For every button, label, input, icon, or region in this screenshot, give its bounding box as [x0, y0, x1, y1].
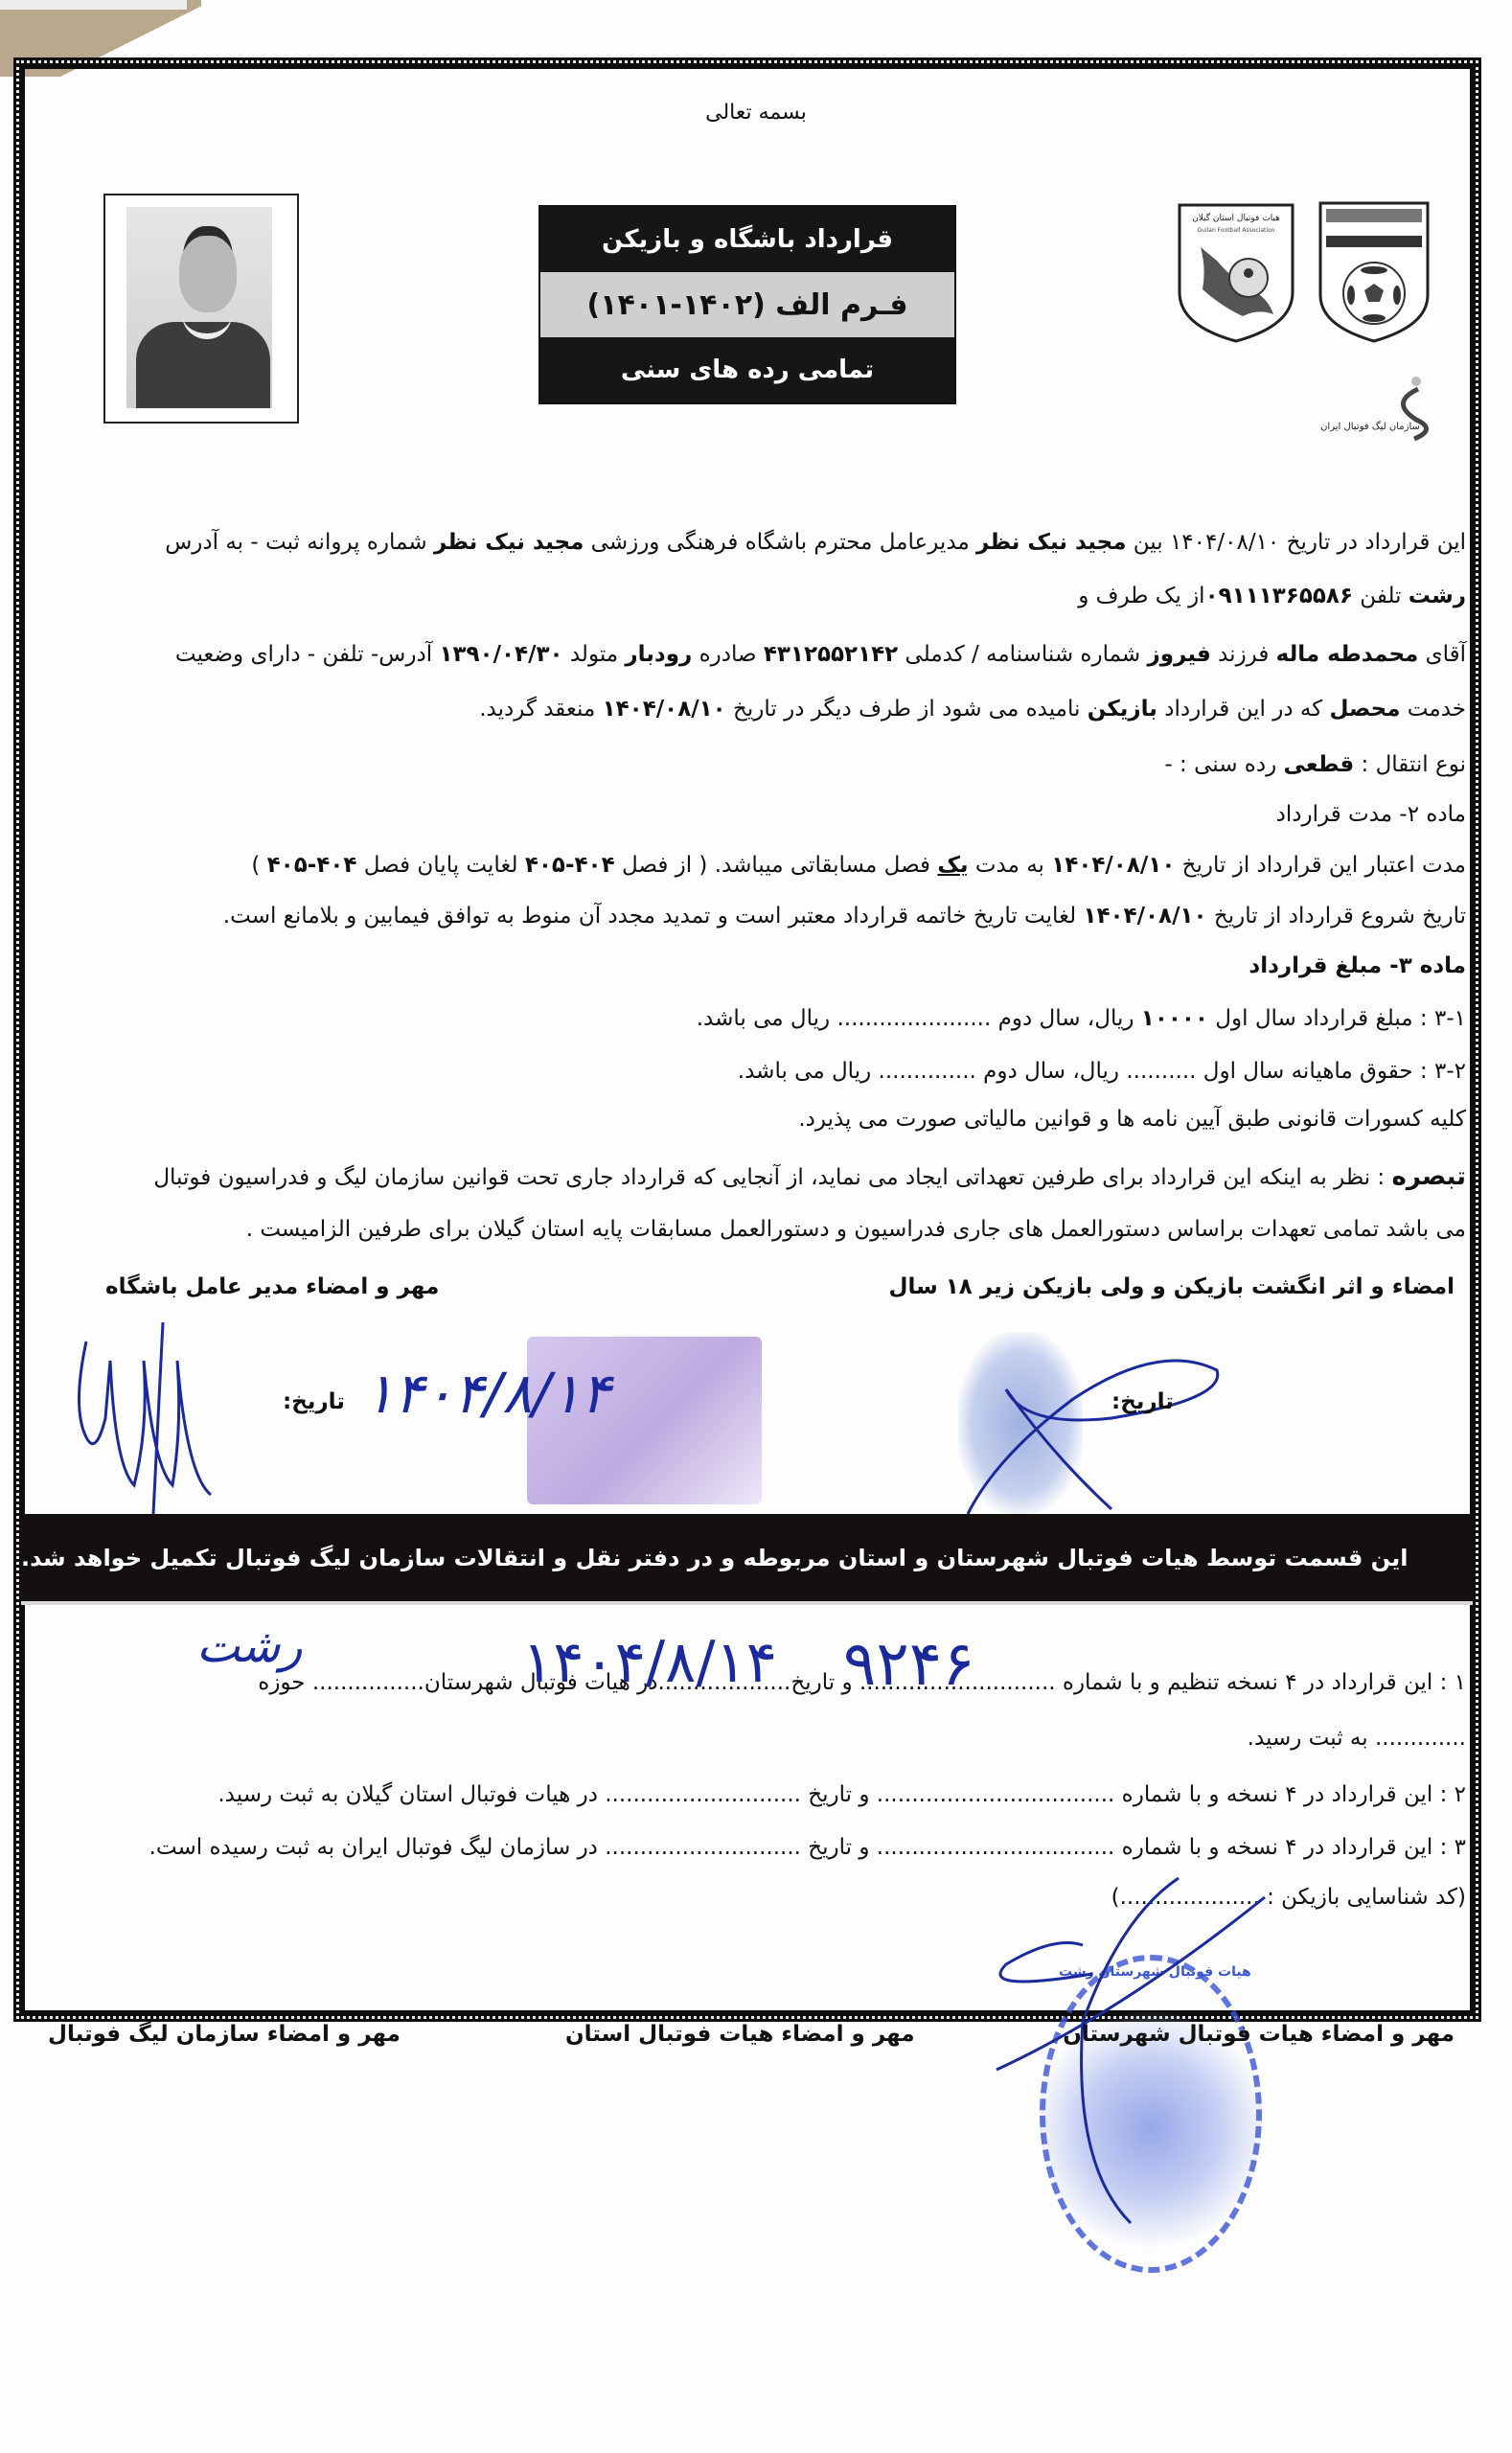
club-phone: ۰۹۱۱۱۳۶۵۵۸۶	[1205, 584, 1353, 608]
player-father-name: فیروز	[1147, 642, 1210, 667]
player-name: محمدطه ماله	[1276, 642, 1419, 667]
club-manager-name: مجید نیک نظر	[976, 530, 1126, 555]
club-date-label: تاریخ:	[283, 1389, 345, 1414]
player-birth-date: ۱۳۹۰/۰۴/۳۰	[439, 642, 562, 667]
player-signature-scribble	[939, 1341, 1255, 1514]
iran-league-logo-icon: سازمان لیگ فوتبال ایران	[1274, 374, 1447, 441]
province-federation-signature-label: مهر و امضاء هیات فوتبال استان	[565, 2022, 915, 2047]
bismillah-heading: بسمه تعالی	[0, 101, 1512, 125]
gilan-football-logo-icon: هیات فوتبال استان گیلان Guilan Football …	[1174, 201, 1298, 345]
clause3-title: ماده ۳- مبلغ قرارداد	[59, 949, 1466, 983]
registration-line3: ۳ : این قرارداد در ۴ نسخه و با شماره ...…	[59, 1830, 1466, 1865]
clause3-item2: ۳-۲ : حقوق ماهیانه سال اول .......... ری…	[59, 1054, 1466, 1089]
registration-line2: ۲ : این قرارداد در ۴ نسخه و با شماره ...…	[59, 1777, 1466, 1812]
player-info-line1: آقای محمدطه ماله فرزند فیروز شماره شناسن…	[59, 637, 1466, 672]
player-info-line2: خدمت محصل که در این قرارداد بازیکن نامید…	[59, 692, 1466, 726]
clause2-validity-line: مدت اعتبار این قرارداد از تاریخ ۱۴۰۴/۰۸/…	[59, 848, 1466, 883]
league-signature-label: مهر و امضاء سازمان لیگ فوتبال	[48, 2022, 401, 2047]
player-service-status: محصل	[1329, 697, 1400, 722]
title-line-age-groups: تمامی رده های سنی	[540, 337, 954, 402]
player-national-id: ۴۳۱۲۵۵۲۱۴۲	[764, 642, 898, 667]
background-paper-edge	[0, 0, 187, 10]
official-section-band: این قسمت توسط هیات فوتبال شهرستان و استا…	[21, 1514, 1473, 1605]
svg-text:Guilan Football Association: Guilan Football Association	[1198, 227, 1275, 234]
player-photo	[103, 194, 299, 424]
transfer-type-line: نوع انتقال : قطعی رده سنی : -	[59, 747, 1466, 782]
note-line2: می باشد تمامی تعهدات براساس دستورالعمل ه…	[59, 1212, 1466, 1247]
club-manager-signature	[67, 1322, 240, 1514]
contract-date: ۱۴۰۴/۰۸/۱۰	[603, 697, 726, 722]
note-label: تبصره	[1391, 1162, 1466, 1191]
city-federation-signature-label: مهر و امضاء هیات فوتبال شهرستان	[1063, 2022, 1455, 2047]
svg-text:هیات فوتبال استان گیلان: هیات فوتبال استان گیلان	[1192, 212, 1280, 223]
first-year-amount: ۱۰۰۰۰	[1141, 1006, 1208, 1031]
clause3-item1: ۳-۱ : مبلغ قرارداد سال اول ۱۰۰۰۰ ریال، س…	[59, 1001, 1466, 1036]
clause2-title: ماده ۲- مدت قرارداد	[59, 797, 1466, 832]
iran-federation-logo-icon	[1317, 199, 1432, 345]
player-photo-image	[126, 207, 272, 408]
contract-intro-line1: این قرارداد در تاریخ ۱۴۰۴/۰۸/۱۰ بین مجید…	[59, 525, 1466, 560]
player-issue-place: رودبار	[625, 642, 692, 667]
contract-intro-line2: رشت تلفن ۰۹۱۱۱۳۶۵۵۸۶از یک طرف و	[59, 579, 1466, 613]
registration-handwritten-city: رشت	[196, 1619, 303, 1673]
title-box: قرارداد باشگاه و بازیکن فـرم الف (۱۴۰۲-۱…	[538, 205, 956, 404]
svg-text:سازمان لیگ فوتبال ایران: سازمان لیگ فوتبال ایران	[1320, 421, 1420, 432]
transfer-type-value: قطعی	[1284, 752, 1355, 777]
player-signature-label: امضاء و اثر انگشت بازیکن و ولی بازیکن زی…	[889, 1274, 1455, 1299]
club-city: رشت	[1409, 584, 1466, 608]
club-name: مجید نیک نظر	[434, 530, 584, 555]
club-signature-label: مهر و امضاء مدیر عامل باشگاه	[105, 1274, 439, 1299]
city-official-signature	[977, 1878, 1322, 2261]
registration-line1-cont: ............. به ثبت رسید.	[59, 1721, 1466, 1755]
club-handwritten-date: ۱۴۰۴/۸/۱۴	[364, 1361, 610, 1426]
note-line1: تبصره : نظر به اینکه این قرارداد برای طر…	[59, 1159, 1466, 1195]
registration-handwritten-number: ۹۲۴۶	[843, 1629, 975, 1700]
clause3-deductions: کلیه کسورات قانونی طبق آیین نامه ها و قو…	[59, 1102, 1466, 1136]
title-line-form: فـرم الف (۱۴۰۲-۱۴۰۱)	[540, 272, 954, 337]
player-date-label: تاریخ:	[1111, 1389, 1174, 1414]
registration-handwritten-date: ۱۴۰۴/۸/۱۴	[522, 1629, 777, 1696]
title-line-contract: قرارداد باشگاه و بازیکن	[540, 207, 954, 272]
clause2-start-line: تاریخ شروع قرارداد از تاریخ ۱۴۰۴/۰۸/۱۰ ل…	[59, 899, 1466, 933]
